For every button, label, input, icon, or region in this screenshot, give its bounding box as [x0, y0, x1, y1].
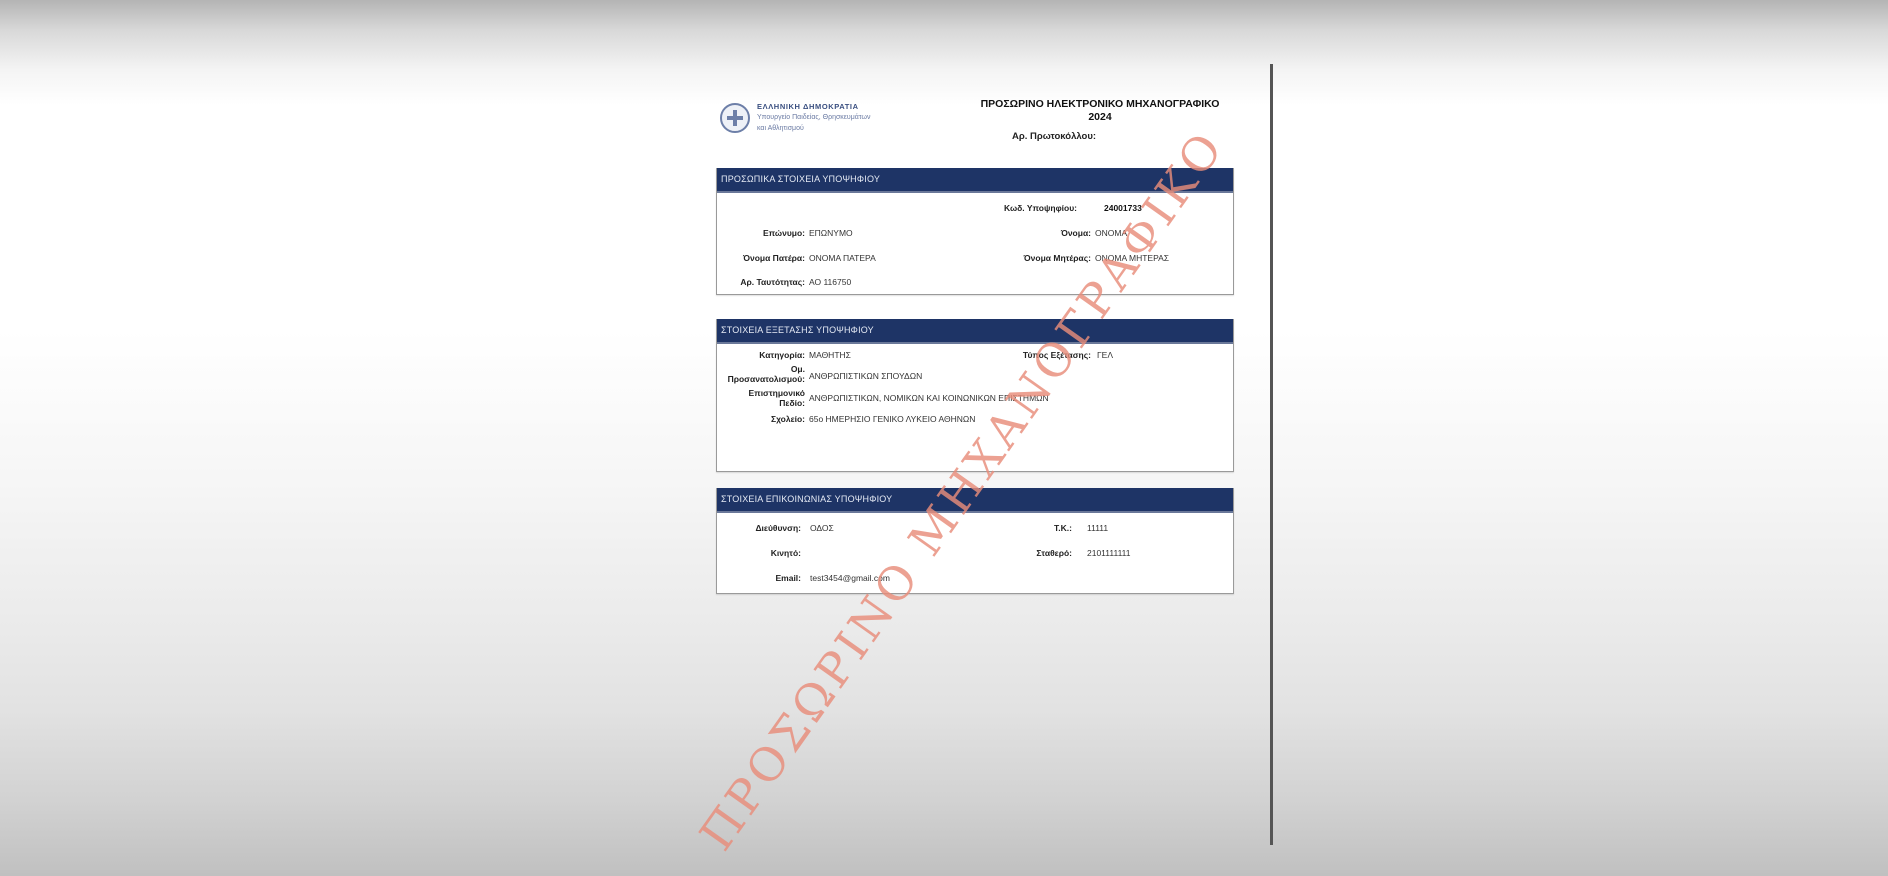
name-label: Όνομα: [947, 228, 1091, 238]
id-number-label: Αρ. Ταυτότητας: [717, 277, 805, 287]
address-label: Διεύθυνση: [717, 523, 801, 533]
surname-label: Επώνυμο: [717, 228, 805, 238]
orientation-label-line-2: Προσανατολισμού: [717, 374, 805, 384]
logo-line-3: και Αθλητισμού [757, 123, 870, 134]
landline-label: Σταθερό: [947, 548, 1072, 558]
contact-info-section: ΣΤΟΙΧΕΙΑ ΕΠΙΚΟΙΝΩΝΙΑΣ ΥΠΟΨΗΦΙΟΥ Διεύθυνσ… [716, 488, 1234, 594]
orientation-value: ΑΝΘΡΩΠΙΣΤΙΚΩΝ ΣΠΟΥΔΩΝ [809, 371, 922, 381]
postal-code-label: Τ.Κ.: [947, 523, 1072, 533]
mother-name-value: ΟΝΟΜΑ ΜΗΤΕΡΑΣ [1095, 253, 1169, 263]
email-value: test3454@gmail.com [810, 573, 890, 583]
surname-value: ΕΠΩΝΥΜΟ [809, 228, 853, 238]
field-label-line-1: Επιστημονικό [717, 388, 805, 398]
scientific-field-value: ΑΝΘΡΩΠΙΣΤΙΚΩΝ, ΝΟΜΙΚΩΝ ΚΑΙ ΚΟΙΝΩΝΙΚΩΝ ΕΠ… [809, 393, 1049, 403]
greek-coat-of-arms-icon [720, 103, 750, 133]
landline-value: 2101111111 [1087, 548, 1131, 558]
orientation-label-line-1: Ομ. [717, 364, 805, 374]
mother-name-label: Όνομα Μητέρας: [947, 253, 1091, 263]
protocol-label: Αρ. Πρωτοκόλλου: [1012, 131, 1096, 142]
father-name-label: Όνομα Πατέρα: [717, 253, 805, 263]
exam-type-value: ΓΕΛ [1097, 350, 1113, 360]
school-label: Σχολείο: [717, 414, 805, 424]
scientific-field-label: Επιστημονικό Πεδίο: [717, 388, 805, 408]
candidate-code-value: 24001733 [1104, 203, 1142, 213]
ministry-logo: ΕΛΛΗΝΙΚΗ ΔΗΜΟΚΡΑΤΙΑ Υπουργείο Παιδείας, … [720, 101, 870, 134]
father-name-value: ΟΝΟΜΑ ΠΑΤΕΡΑ [809, 253, 876, 263]
id-number-value: ΑΟ 116750 [809, 277, 851, 287]
section-title: ΣΤΟΙΧΕΙΑ ΕΞΕΤΑΣΗΣ ΥΠΟΨΗΦΙΟΥ [717, 319, 1233, 344]
logo-line-1: ΕΛΛΗΝΙΚΗ ΔΗΜΟΚΡΑΤΙΑ [757, 101, 870, 112]
document-title-line-1: ΠΡΟΣΩΡΙΝΟ ΗΛΕΚΤΡΟΝΙΚΟ ΜΗΧΑΝΟΓΡΑΦΙΚΟ [960, 98, 1240, 111]
email-label: Email: [717, 573, 801, 583]
logo-text: ΕΛΛΗΝΙΚΗ ΔΗΜΟΚΡΑΤΙΑ Υπουργείο Παιδείας, … [757, 101, 870, 134]
section-title: ΠΡΟΣΩΠΙΚΑ ΣΤΟΙΧΕΙΑ ΥΠΟΨΗΦΙΟΥ [717, 168, 1233, 193]
document-title: ΠΡΟΣΩΡΙΝΟ ΗΛΕΚΤΡΟΝΙΚΟ ΜΗΧΑΝΟΓΡΑΦΙΚΟ 2024 [960, 98, 1240, 124]
category-label: Κατηγορία: [717, 350, 805, 360]
personal-info-section: ΠΡΟΣΩΠΙΚΑ ΣΤΟΙΧΕΙΑ ΥΠΟΨΗΦΙΟΥ Κωδ. Υποψηφ… [716, 168, 1234, 295]
section-title: ΣΤΟΙΧΕΙΑ ΕΠΙΚΟΙΝΩΝΙΑΣ ΥΠΟΨΗΦΙΟΥ [717, 488, 1233, 513]
name-value: ΟΝΟΜΑ [1095, 228, 1127, 238]
orientation-label: Ομ. Προσανατολισμού: [717, 364, 805, 384]
candidate-code-label: Κωδ. Υποψηφίου: [947, 203, 1077, 213]
document-page: ΕΛΛΗΝΙΚΗ ΔΗΜΟΚΡΑΤΙΑ Υπουργείο Παιδείας, … [0, 0, 1888, 876]
address-value: ΟΔΟΣ [810, 523, 834, 533]
postal-code-value: 11111 [1087, 523, 1108, 533]
mobile-label: Κινητό: [717, 548, 801, 558]
school-value: 65ο ΗΜΕΡΗΣΙΟ ΓΕΝΙΚΟ ΛΥΚΕΙΟ ΑΘΗΝΩΝ [809, 414, 975, 424]
logo-line-2: Υπουργείο Παιδείας, Θρησκευμάτων [757, 112, 870, 123]
document-title-year: 2024 [960, 111, 1240, 124]
exam-info-section: ΣΤΟΙΧΕΙΑ ΕΞΕΤΑΣΗΣ ΥΠΟΨΗΦΙΟΥ Κατηγορία: Μ… [716, 319, 1234, 472]
field-label-line-2: Πεδίο: [717, 398, 805, 408]
protocol-number: Αρ. Πρωτοκόλλου: [1012, 131, 1096, 142]
exam-type-label: Τύπος Εξέτασης: [947, 350, 1091, 360]
category-value: ΜΑΘΗΤΗΣ [809, 350, 851, 360]
